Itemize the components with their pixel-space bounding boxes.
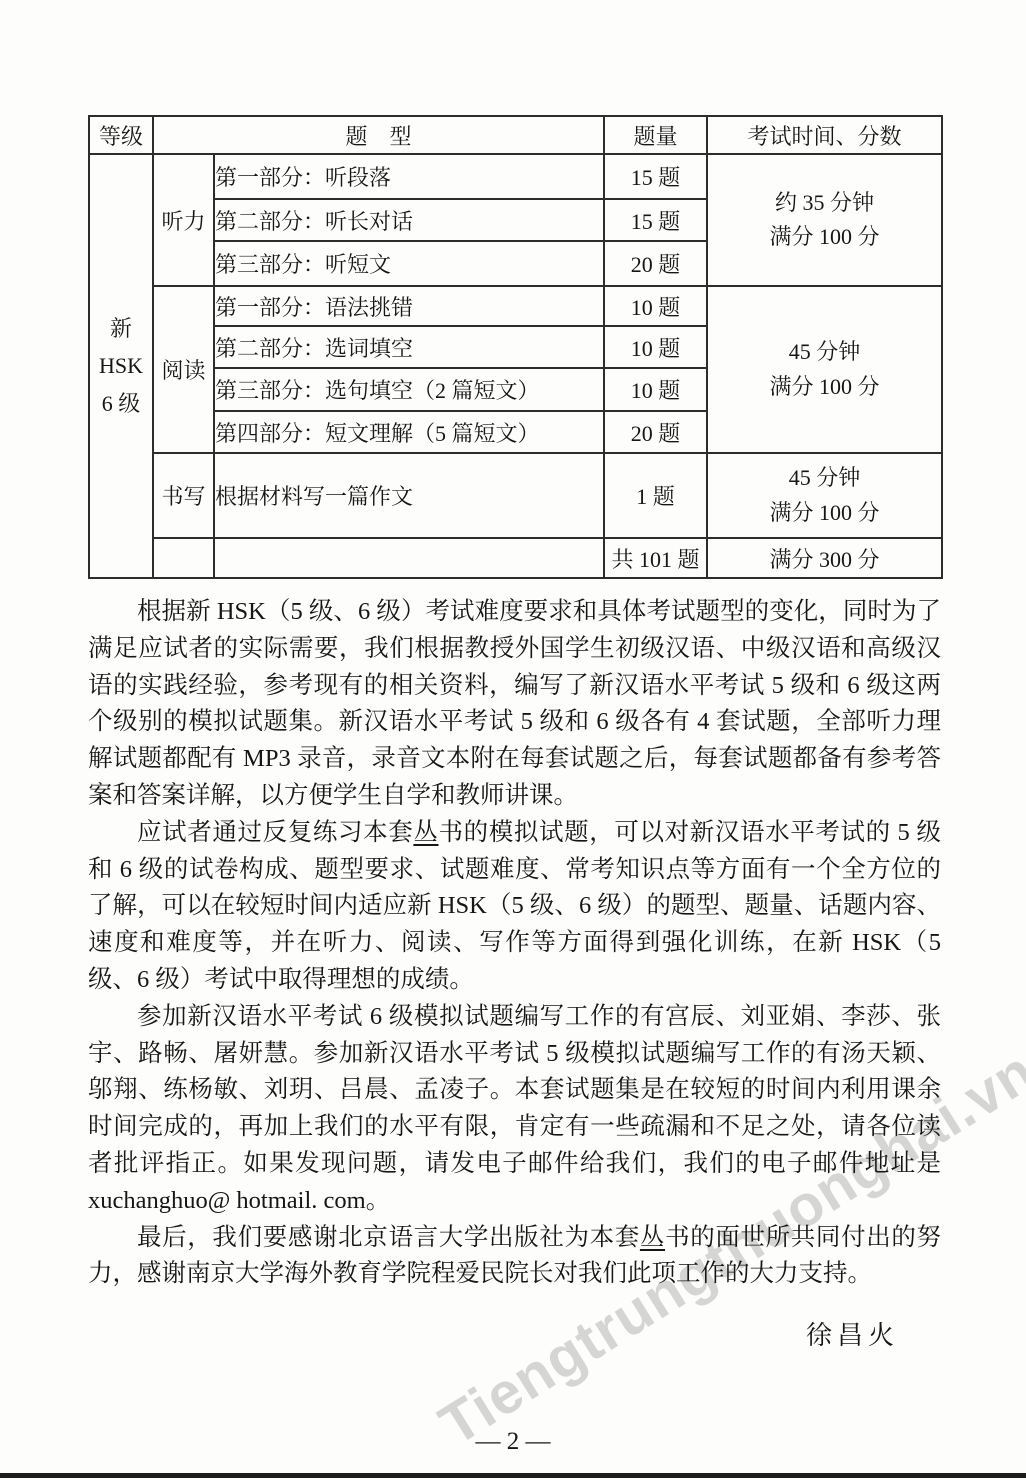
paragraph-4-segment: 最后，我们要感谢北京语言大学出版社为本套: [137, 1224, 640, 1251]
skill-listening: 听力: [153, 154, 214, 286]
part-name: 第一部分：听段落: [214, 154, 604, 199]
listening-time-score: 约 35 分钟 满分 100 分: [707, 154, 942, 286]
underlined-char: 丛: [413, 819, 438, 846]
score-value: 满分 100 分: [708, 370, 941, 404]
table-total-row: 共 101 题 满分 300 分: [89, 538, 942, 578]
part-count: 10 题: [604, 286, 707, 326]
total-score: 满分 300 分: [707, 538, 942, 578]
empty-part-cell: [214, 538, 604, 578]
level-cell: 新 HSK 6 级: [89, 154, 153, 578]
author-signature: 徐昌火: [806, 1315, 899, 1352]
skill-writing: 书写: [153, 453, 214, 538]
level-line: HSK: [90, 347, 152, 384]
paragraph-3: 参加新汉语水平考试 6 级模拟试题编写工作的有宫辰、刘亚娟、李莎、张宇、路畅、屠…: [88, 999, 941, 1220]
scan-edge-line: [0, 1473, 1026, 1478]
reading-time-score: 45 分钟 满分 100 分: [707, 286, 942, 453]
score-value: 满分 100 分: [708, 496, 941, 530]
part-name: 第二部分：选词填空: [214, 326, 604, 368]
col-header-question-type: 题 型: [153, 116, 604, 154]
table-row: 书写 根据材料写一篇作文 1 题 45 分钟 满分 100 分: [89, 453, 942, 538]
page-content: 等级 题 型 题量 考试时间、分数 新 HSK 6 级 听力 第一部分：听段落 …: [88, 115, 941, 1293]
level-line: 6 级: [90, 385, 152, 422]
part-name: 第三部分：听短文: [214, 241, 604, 286]
part-count: 10 题: [604, 368, 707, 411]
hsk6-exam-structure-table: 等级 题 型 题量 考试时间、分数 新 HSK 6 级 听力 第一部分：听段落 …: [88, 115, 943, 579]
part-name: 第一部分：语法挑错: [214, 286, 604, 326]
part-name: 第四部分：短文理解（5 篇短文）: [214, 411, 604, 453]
level-line: 新: [90, 310, 152, 347]
paragraph-4: 最后，我们要感谢北京语言大学出版社为本套丛书的面世所共同付出的努力，感谢南京大学…: [88, 1220, 941, 1294]
time-value: 约 35 分钟: [708, 186, 941, 220]
part-count: 10 题: [604, 326, 707, 368]
table-row: 新 HSK 6 级 听力 第一部分：听段落 15 题 约 35 分钟 满分 10…: [89, 154, 942, 199]
part-count: 20 题: [604, 241, 707, 286]
score-value: 满分 100 分: [708, 220, 941, 254]
part-count: 15 题: [604, 199, 707, 241]
part-count: 15 题: [604, 154, 707, 199]
col-header-question-count: 题量: [604, 116, 707, 154]
underlined-char: 丛: [640, 1224, 665, 1251]
part-count: 20 题: [604, 411, 707, 453]
paragraph-2-segment: 应试者通过反复练习本套: [137, 819, 413, 846]
part-count: 1 题: [604, 453, 707, 538]
scanned-book-page: Tiengtrungthuonghai.vn 等级 题 型 题量 考试时间、分数…: [0, 0, 1026, 1480]
time-value: 45 分钟: [708, 461, 941, 495]
page-number: — 2 —: [0, 1428, 1026, 1456]
table-row: 阅读 第一部分：语法挑错 10 题 45 分钟 满分 100 分: [89, 286, 942, 326]
col-header-level: 等级: [89, 116, 153, 154]
paragraph-1: 根据新 HSK（5 级、6 级）考试难度要求和具体考试题型的变化，同时为了满足应…: [88, 594, 941, 815]
part-name: 第三部分：选句填空（2 篇短文）: [214, 368, 604, 411]
col-header-time-score: 考试时间、分数: [707, 116, 942, 154]
table-header-row: 等级 题 型 题量 考试时间、分数: [89, 116, 942, 154]
part-name: 第二部分：听长对话: [214, 199, 604, 241]
writing-time-score: 45 分钟 满分 100 分: [707, 453, 942, 538]
empty-skill-cell: [153, 538, 214, 578]
paragraph-2: 应试者通过反复练习本套丛书的模拟试题，可以对新汉语水平考试的 5 级和 6 级的…: [88, 815, 941, 999]
time-value: 45 分钟: [708, 335, 941, 369]
preface-text: 根据新 HSK（5 级、6 级）考试难度要求和具体考试题型的变化，同时为了满足应…: [88, 594, 941, 1293]
skill-reading: 阅读: [153, 286, 214, 453]
total-count: 共 101 题: [604, 538, 707, 578]
part-name: 根据材料写一篇作文: [214, 453, 604, 538]
